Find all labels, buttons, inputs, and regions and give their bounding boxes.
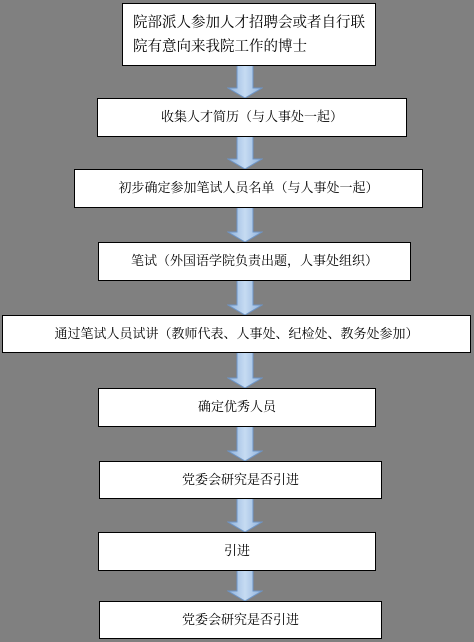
flow-step-6: 确定优秀人员 bbox=[98, 388, 376, 427]
flow-step-9-label: 党委会研究是否引进 bbox=[182, 610, 299, 631]
down-arrow-icon bbox=[227, 351, 263, 389]
down-arrow-icon bbox=[227, 64, 263, 99]
flow-step-3: 初步确定参加笔试人员名单（与人事处一起） bbox=[74, 169, 423, 208]
flow-step-8: 引进 bbox=[98, 532, 376, 571]
flow-step-6-label: 确定优秀人员 bbox=[198, 397, 276, 418]
down-arrow-icon bbox=[227, 135, 263, 170]
flow-step-7-label: 党委会研究是否引进 bbox=[182, 470, 299, 491]
flow-step-5-label: 通过笔试人员试讲（教师代表、人事处、纪检处、教务处参加） bbox=[54, 324, 418, 345]
flow-step-5: 通过笔试人员试讲（教师代表、人事处、纪检处、教务处参加） bbox=[2, 315, 471, 353]
down-arrow-icon bbox=[227, 425, 263, 462]
flow-step-8-label: 引进 bbox=[224, 541, 250, 562]
down-arrow-icon bbox=[227, 569, 263, 602]
flow-step-4: 笔试（外国语学院负责出题，人事处组织） bbox=[98, 242, 411, 281]
down-arrow-icon bbox=[227, 206, 263, 243]
flow-step-2-label: 收集人才简历（与人事处一起） bbox=[161, 107, 343, 128]
flow-step-2: 收集人才简历（与人事处一起） bbox=[97, 98, 407, 137]
flow-step-3-label: 初步确定参加笔试人员名单（与人事处一起） bbox=[118, 178, 378, 199]
flow-step-1-label: 院部派人参加人才招聘会或者自行联院有意向来我院工作的博士 bbox=[133, 11, 369, 59]
down-arrow-icon bbox=[227, 279, 263, 316]
flow-step-9: 党委会研究是否引进 bbox=[99, 601, 382, 639]
flow-step-1: 院部派人参加人才招聘会或者自行联院有意向来我院工作的博士 bbox=[122, 3, 376, 66]
flow-step-7: 党委会研究是否引进 bbox=[99, 461, 382, 499]
flow-step-4-label: 笔试（外国语学院负责出题，人事处组织） bbox=[131, 251, 378, 272]
down-arrow-icon bbox=[227, 497, 263, 533]
